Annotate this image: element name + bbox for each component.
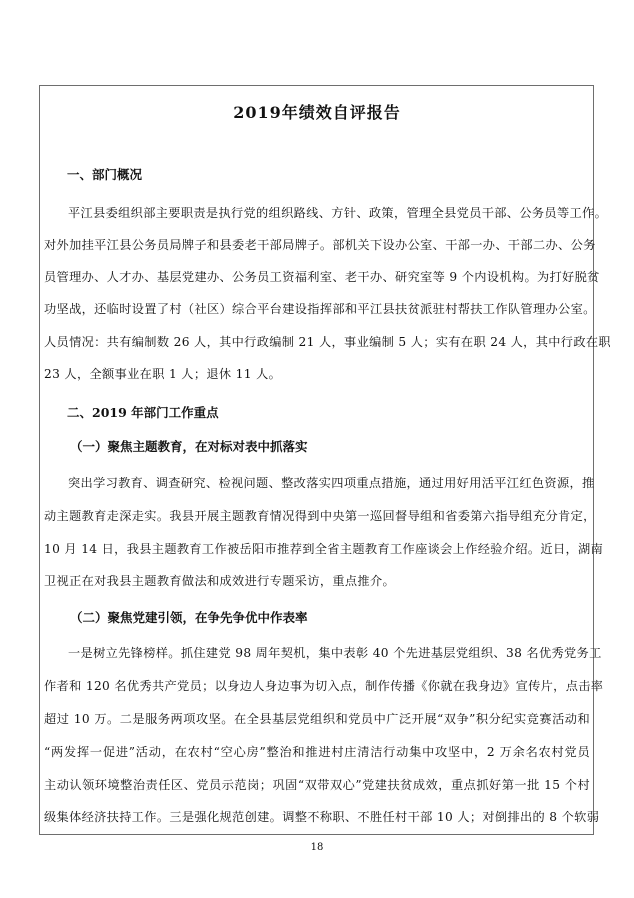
paragraph-line: 一是树立先锋榜样。抓住建党 98 周年契机，集中表彰 40 个先进基层党组织、3… <box>68 644 590 661</box>
paragraph-line: 超过 10 万。二是服务两项攻坚。在全县基层党组织和党员中广泛开展“双争”积分纪… <box>44 710 590 727</box>
paragraph-line: 卫视正在对我县主题教育做法和成效进行专题采访，重点推介。 <box>44 572 590 589</box>
paragraph-line: 突出学习教育、调查研究、检视问题、整改落实四项重点措施，通过用好用活平江红色资源… <box>68 474 590 491</box>
page-title: 2019年绩效自评报告 <box>0 100 634 123</box>
paragraph-line: 作者和 120 名优秀共产党员；以身边人身边事为切入点，制作传播《你就在我身边》… <box>44 677 590 694</box>
page-number: 18 <box>0 842 634 853</box>
paragraph-line: 主动认领环境整治责任区、党员示范岗；巩固“双带双心”党建扶贫成效，重点抓好第一批… <box>44 776 590 793</box>
paragraph-line: 员管理办、人才办、基层党建办、公务员工资福利室、老干办、研究室等 9 个内设机构… <box>44 268 590 285</box>
section-heading-work-focus: 二、2019 年部门工作重点 <box>67 403 219 421</box>
paragraph-line: 23 人，全额事业在职 1 人；退休 11 人。 <box>44 365 590 382</box>
section-heading-overview: 一、部门概况 <box>67 165 142 183</box>
paragraph-line: “两发挥一促进”活动，在农村“空心房”整治和推进村庄清洁行动集中攻坚中，2 万余… <box>44 743 590 760</box>
subsection-heading-theme-education: （一）聚焦主题教育，在对标对表中抓落实 <box>70 437 308 455</box>
subsection-heading-party-building: （二）聚焦党建引领，在争先争优中作表率 <box>70 608 308 626</box>
paragraph-line: 10 月 14 日，我县主题教育工作被岳阳市推荐到全省主题教育工作座谈会上作经验… <box>44 540 590 557</box>
paragraph-line: 功坚战，还临时设置了村（社区）综合平台建设指挥部和平江县扶贫派驻村帮扶工作队管理… <box>44 300 590 317</box>
paragraph-line: 人员情况：共有编制数 26 人，其中行政编制 21 人，事业编制 5 人；实有在… <box>44 333 590 350</box>
paragraph-line: 级集体经济扶持工作。三是强化规范创建。调整不称职、不胜任村干部 10 人；对倒排… <box>44 808 590 825</box>
paragraph-line: 平江县委组织部主要职责是执行党的组织路线、方针、政策，管理全县党员干部、公务员等… <box>68 204 590 221</box>
paragraph-line: 动主题教育走深走实。我县开展主题教育情况得到中央第一巡回督导组和省委第六指导组充… <box>44 507 590 524</box>
paragraph-line: 对外加挂平江县公务员局牌子和县委老干部局牌子。部机关下设办公室、干部一办、干部二… <box>44 236 590 253</box>
